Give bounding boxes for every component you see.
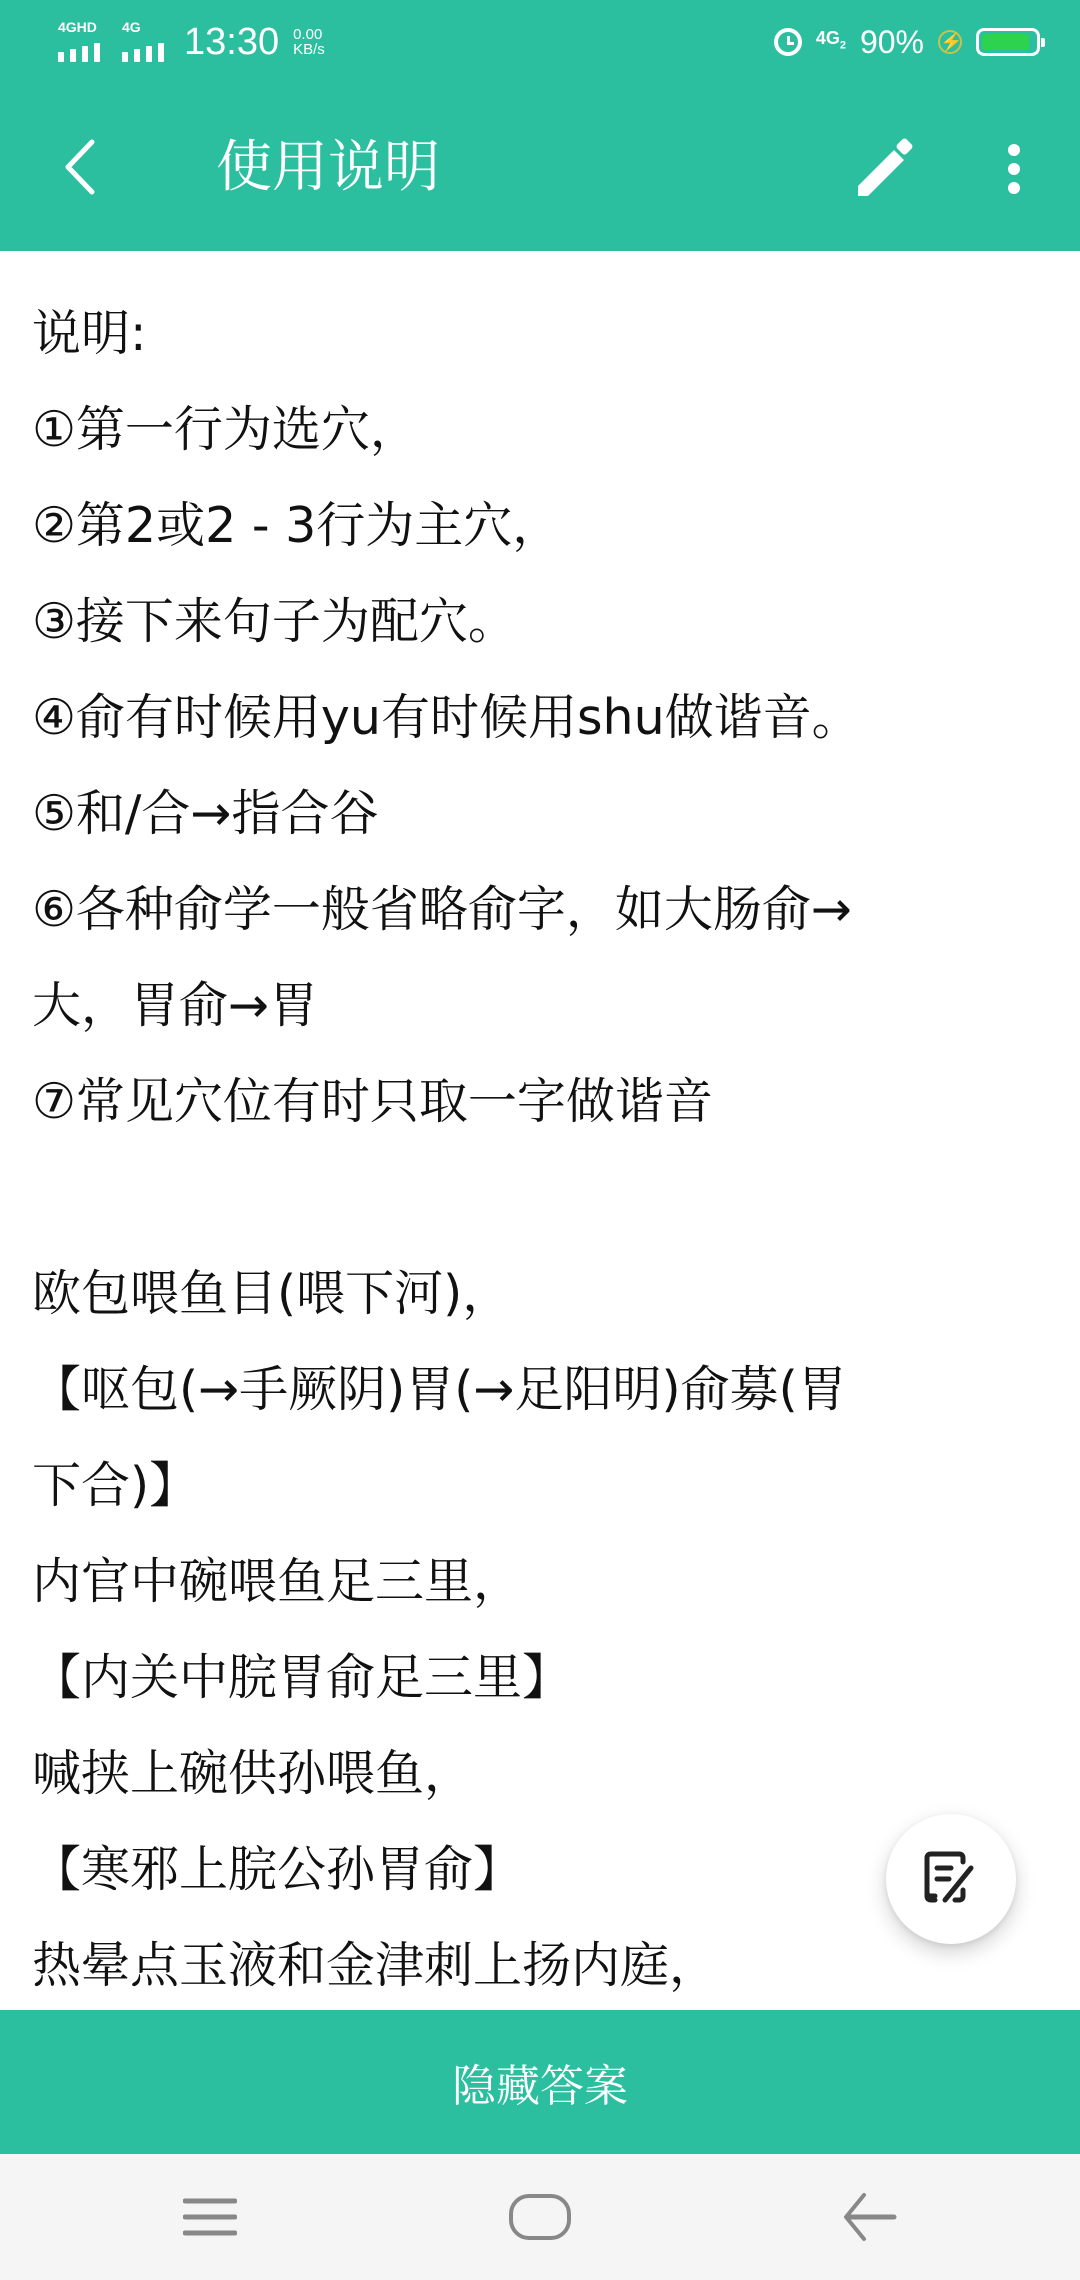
battery-icon bbox=[976, 28, 1040, 56]
text-line: ⑦常见穴位有时只取一字做谐音 bbox=[32, 1054, 1072, 1150]
system-nav-bar bbox=[0, 2154, 1080, 2280]
instructions-text: 说明: ①第一行为选穴， ②第2或2 - 3行为主穴， ③接下来句子为配穴。 ④… bbox=[32, 286, 1072, 2014]
home-button[interactable] bbox=[490, 2184, 590, 2250]
edit-button[interactable] bbox=[852, 136, 918, 202]
network-sim-index: 2 bbox=[840, 40, 846, 52]
mobile-data-icon: 4G2 bbox=[816, 29, 846, 55]
back-button[interactable] bbox=[56, 134, 106, 200]
network-speed: 0.00 KB/s bbox=[293, 27, 325, 57]
nav-back-button[interactable] bbox=[820, 2184, 920, 2250]
text-line: 内官中碗喂鱼足三里， bbox=[32, 1534, 1072, 1630]
text-line: 说明: bbox=[32, 286, 1072, 382]
network-type: 4G bbox=[816, 28, 840, 48]
battery-percent: 90% bbox=[860, 24, 924, 61]
text-line: ①第一行为选穴， bbox=[32, 382, 1072, 478]
note-edit-icon bbox=[921, 1848, 981, 1910]
charging-bolt-icon: ⚡ bbox=[938, 30, 962, 54]
text-line: ③接下来句子为配穴。 bbox=[32, 574, 1072, 670]
more-options-button[interactable] bbox=[996, 136, 1032, 202]
pencil-icon bbox=[852, 136, 918, 202]
text-line: 大，胃俞→胃 bbox=[32, 958, 1072, 1054]
page-title: 使用说明 bbox=[216, 134, 440, 202]
sim1-signal-icon: 4GHD bbox=[58, 20, 108, 64]
floating-edit-button[interactable] bbox=[886, 1814, 1016, 1944]
text-line: ⑥各种俞学一般省略俞字，如大肠俞→ bbox=[32, 862, 1072, 958]
text-line: 【呕包(→手厥阴)胃(→足阳明)俞募(胃 bbox=[32, 1342, 1072, 1438]
more-vertical-icon bbox=[996, 136, 1032, 202]
clock: 13:30 bbox=[184, 21, 279, 64]
home-icon bbox=[508, 2193, 572, 2241]
text-line: ④俞有时候用yu有时候用shu做谐音。 bbox=[32, 670, 1072, 766]
sim1-label: 4GHD bbox=[58, 20, 97, 34]
chevron-left-icon bbox=[56, 134, 106, 200]
text-line: 【内关中脘胃俞足三里】 bbox=[32, 1630, 1072, 1726]
menu-icon bbox=[183, 2197, 237, 2237]
app-bar: 使用说明 bbox=[0, 84, 1080, 251]
hide-answer-button[interactable]: 隐藏答案 bbox=[0, 2010, 1080, 2154]
alarm-clock-icon bbox=[774, 28, 802, 56]
status-bar: 4GHD 4G 13:30 0.00 KB/s 4G2 90% ⚡ bbox=[0, 0, 1080, 84]
network-speed-value: 0.00 bbox=[293, 27, 325, 42]
sim2-label: 4G bbox=[122, 20, 141, 34]
text-line: 下合)】 bbox=[32, 1438, 1072, 1534]
network-speed-unit: KB/s bbox=[293, 42, 325, 57]
status-left: 4GHD 4G 13:30 0.00 KB/s bbox=[58, 16, 325, 68]
back-arrow-icon bbox=[842, 2191, 898, 2243]
text-line: 喊挟上碗供孙喂鱼， bbox=[32, 1726, 1072, 1822]
text-line: ⑤和/合→指合谷 bbox=[32, 766, 1072, 862]
status-right: 4G2 90% ⚡ bbox=[774, 20, 1040, 64]
recent-apps-button[interactable] bbox=[160, 2184, 260, 2250]
blank-line bbox=[32, 1150, 1072, 1246]
text-line: ②第2或2 - 3行为主穴， bbox=[32, 478, 1072, 574]
text-line: 欧包喂鱼目(喂下河)， bbox=[32, 1246, 1072, 1342]
sim2-signal-icon: 4G bbox=[122, 20, 166, 64]
